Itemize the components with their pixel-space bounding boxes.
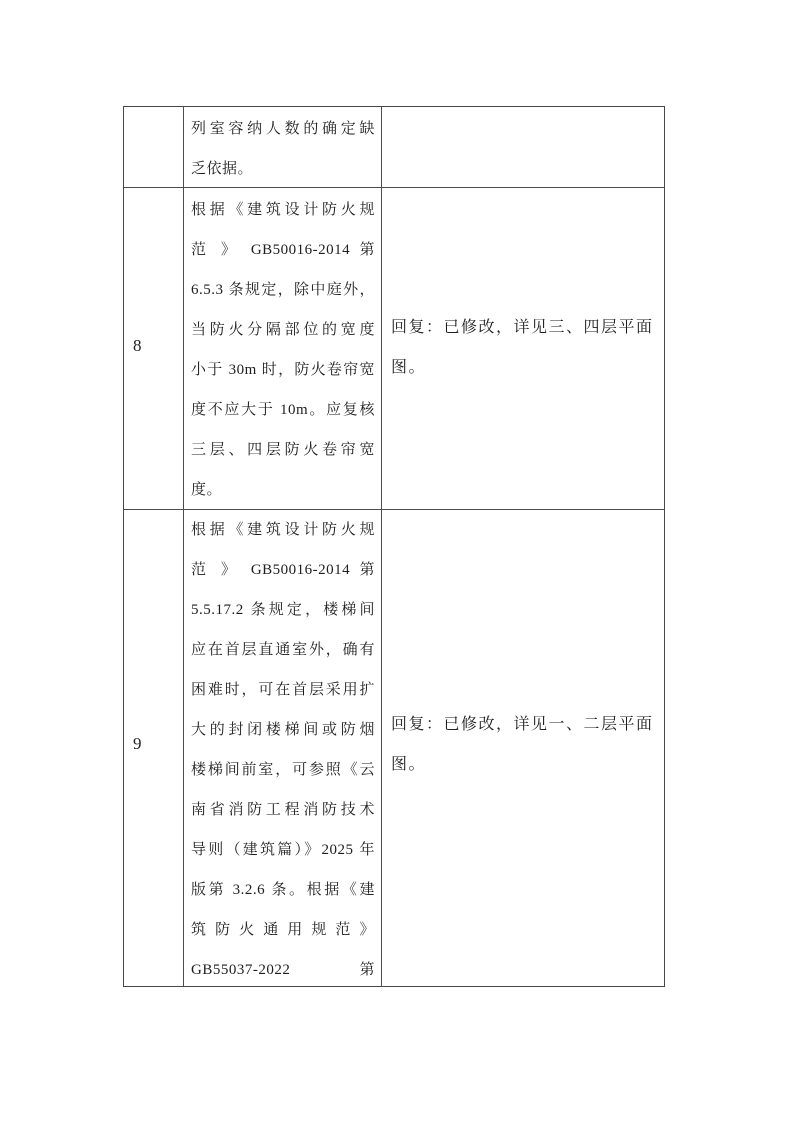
text-line: 大的封闭楼梯间或防烟 [191, 710, 375, 750]
text-line: 根据《建筑设计防火规 [191, 190, 375, 230]
text-line: 度。 [191, 470, 375, 510]
text-line: 应在首层直通室外，确有 [191, 630, 375, 670]
text-line: 导则（建筑篇）》2025 年 [191, 830, 375, 870]
rowcont-issue-cell: 列室容纳人数的确定缺乏依据。 [184, 107, 382, 188]
row8-number-cell: 8 [124, 188, 184, 510]
issue-text: 根据《建筑设计防火规范 》 GB50016-2014 第5.5.17.2 条规定… [191, 510, 375, 986]
rowcont-reply-cell [382, 107, 664, 188]
row9-number-cell: 9 [124, 510, 184, 986]
text-line: 筑防火通用规范》 [191, 910, 375, 950]
text-line: 回复：已修改，详见一、二层平面 [391, 705, 658, 745]
text-line: 小于 30m 时，防火卷帘宽 [191, 350, 375, 390]
row8-reply-cell: 回复：已修改，详见三、四层平面图。 [382, 188, 664, 510]
text-line: 列室容纳人数的确定缺 [191, 109, 375, 149]
text-line: 范 》 GB50016-2014 第 [191, 550, 375, 590]
row8-issue-cell: 根据《建筑设计防火规范 》 GB50016-2014 第6.5.3 条规定，除中… [184, 188, 382, 510]
text-line: 根据《建筑设计防火规 [191, 510, 375, 550]
text-line: 范 》 GB50016-2014 第 [191, 230, 375, 270]
issue-text: 根据《建筑设计防火规范 》 GB50016-2014 第6.5.3 条规定，除中… [191, 190, 375, 510]
reply-text: 回复：已修改，详见三、四层平面图。 [391, 308, 658, 388]
text-line: GB55037-2022 第 [191, 950, 375, 986]
row-number: 8 [133, 336, 142, 355]
row-number: 9 [133, 734, 142, 753]
text-line: 度不应大于 10m。应复核 [191, 390, 375, 430]
document-page: 列室容纳人数的确定缺乏依据。 8 根据《建筑设计防火规范 》 GB50016-2… [0, 0, 793, 1123]
text-line: 6.5.3 条规定，除中庭外， [191, 270, 375, 310]
text-line: 南省消防工程消防技术 [191, 790, 375, 830]
text-line: 当防火分隔部位的宽度 [191, 310, 375, 350]
review-comments-table: 列室容纳人数的确定缺乏依据。 8 根据《建筑设计防火规范 》 GB50016-2… [123, 106, 665, 987]
row9-reply-cell: 回复：已修改，详见一、二层平面图。 [382, 510, 664, 986]
text-line: 楼梯间前室，可参照《云 [191, 750, 375, 790]
reply-text: 回复：已修改，详见一、二层平面图。 [391, 705, 658, 785]
issue-text: 列室容纳人数的确定缺乏依据。 [191, 109, 375, 188]
text-line: 图。 [391, 745, 658, 785]
text-line: 回复：已修改，详见三、四层平面 [391, 308, 658, 348]
rowcont-number-cell [124, 107, 184, 188]
text-line: 三层、四层防火卷帘宽 [191, 430, 375, 470]
text-line: 5.5.17.2 条规定，楼梯间 [191, 590, 375, 630]
text-line: 图。 [391, 348, 658, 388]
text-line: 版第 3.2.6 条。根据《建 [191, 870, 375, 910]
row9-issue-cell: 根据《建筑设计防火规范 》 GB50016-2014 第5.5.17.2 条规定… [184, 510, 382, 986]
text-line: 困难时，可在首层采用扩 [191, 670, 375, 710]
text-line: 乏依据。 [191, 149, 375, 188]
